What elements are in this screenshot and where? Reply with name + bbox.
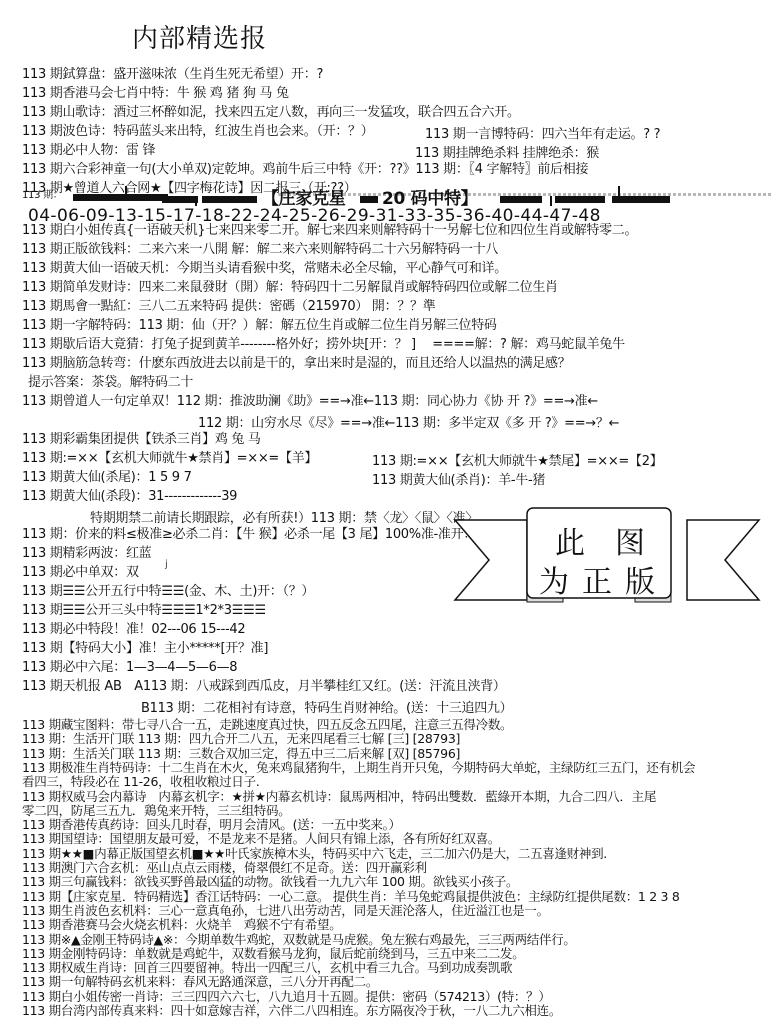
text-line: 113 期黄大仙(杀肖)：羊-牛-猪 [372, 469, 545, 488]
text-line: 113 期馬會一點紅：三八二五来特码 提供：密碼（215970） 開：？？準 [22, 298, 435, 316]
seal-char: 版 [625, 557, 655, 601]
text-line: 113 期脑筋急转弯：什麽东西放进去以前是干的，拿出来时是湿的，而且还给人以温热… [22, 355, 570, 373]
text-line: 113 期鉽算盘：盛开滋味浓（生肖生死无希望）开：? [22, 66, 323, 84]
text-line: 113 期黄大仙一语破天机：今期当头请看猴中奖，常赌未必全尽输，平心静气可和详。 [22, 260, 507, 278]
text-line: 113 期香港马会七肖中特：牛 猴 鸡 猪 狗 马 兔 [22, 85, 289, 103]
decorative-bar [612, 196, 670, 203]
text-line: 113 期黄大仙(杀段)：31-------------39 [22, 488, 237, 506]
text-line: 113 期一言博特码：四六当年有走运。? ? [425, 123, 660, 142]
seal-char: 正 [582, 557, 612, 601]
text-line: 113 期波色诗：特码蓝头来出特，红波生肖也会来。（开：？） [22, 123, 373, 141]
decorative-bar [202, 196, 257, 203]
text-line: 113 期山歌诗：酒过三杯醉如泥，找来四五定八数，再向三一发猛攻，联合四五合六开… [22, 104, 520, 122]
text-line: B113 期：二花相衬有诗意，特码生肖财神给。(送：十三追四九） [141, 697, 512, 716]
text-line: 113 期挂牌绝杀料 挂牌绝杀：猴 [415, 142, 599, 161]
text-line: 113 期曾道人一句定单双！112 期：推波助澜《助》==→准←113 期：同心… [22, 393, 598, 411]
text-line: 113 期台湾内部传真来料：四十如意嫁吉祥，六伴二八四相连。东方隔夜冷于秋，一八… [22, 1002, 561, 1020]
text-line: 113 期一字解特码：113 期：仙（开？）解：解五位生肖或解二位生肖另解三位特… [22, 317, 497, 335]
stray-mark: j [165, 559, 167, 570]
decorative-tick [125, 186, 127, 196]
authentic-version-seal: 此 图 为 正 版 [447, 490, 767, 610]
text-line: 113 期六合彩神童一句(大小单双)定乾坤。鸡前牛后三中特《开：??》113 期… [22, 161, 588, 179]
text-line: 113 期:=××【玄机大师就牛★禁肖】=××=【羊】 [22, 450, 317, 468]
decorative-bar [555, 196, 605, 203]
seal-char: 图 [615, 518, 645, 562]
decorative-tick [618, 186, 620, 196]
text-line: 113 期彩霸集团提供【铁杀三肖】鸡 兔 马 [22, 431, 261, 449]
text-line: 113 期☰☰公开五行中特☰☰(金、木、土)开：（？） [22, 583, 314, 601]
seal-char: 为 [539, 557, 569, 601]
text-line: 113 期精彩两波：红蓝 [22, 545, 151, 563]
seal-char: 此 [555, 518, 585, 562]
text-line: 提示答案：茶袋。解特码二十 [28, 374, 193, 392]
text-line: 113 期必中单双：双 [22, 564, 139, 582]
decorative-bar [162, 196, 198, 203]
text-line: 112 期：山穷水尽《尽》==→准←113 期：多半定双《多 开 ?》==→？← [198, 412, 619, 431]
text-line: 113 期简单发财诗：四来二来鼠發財（開）解：特码四十二另解鼠肖或解特码四位或解… [22, 279, 558, 297]
text-line: 113 期歇后语大竟猜：打兔子捉到黄羊--------格外好；捞外块[开：？ ]… [22, 336, 625, 354]
text-line: 113 期：价来的料≤极准≥必杀二肖：【牛 猴】必杀一尾【3 尾】100%准-准… [22, 526, 476, 544]
text-line: 113 期必中人物：雷 锋 [22, 142, 155, 160]
decorative-bar [73, 194, 168, 201]
text-line: 113 期天机报 AB A113 期：八戒踩到西瓜皮，月半攀桂红又红。(送：汗流… [22, 678, 506, 696]
text-line: 113 期☰☰公开三头中特☰☰☰1*2*3☰☰☰ [22, 602, 266, 620]
text-line: 113 期白小姐传真{一语破天机}七来四来零二开。解七来四来则解特码十一另解七位… [22, 222, 637, 240]
banner-prefix: 113 期： [22, 187, 62, 205]
text-line: 特期期禁二前请长期跟踪，必有所获!）113 期：禁〈龙〉〈鼠〉〈准〉 [90, 507, 478, 526]
decorative-bar [360, 196, 378, 203]
decorative-tick [195, 196, 197, 206]
decorative-tick [550, 196, 552, 206]
text-line: 113 期必中六尾：1—3—4—5—6—8 [22, 659, 237, 677]
text-line: 113 期正版欲钱料：二来六来一八開 解：解二来六来则解特码二十六另解特码一十八 [22, 241, 498, 259]
text-line: 113 期:=××【玄机大师就牛★禁尾】=××=【2】 [372, 450, 662, 469]
text-line: 113 期黄大仙(杀尾)：1 5 9 7 [22, 469, 192, 487]
page-title: 内部精选报 [132, 18, 267, 55]
text-line: 113 期【特码大小】准！主小*****[开？准] [22, 640, 268, 658]
decorative-bar [500, 196, 542, 203]
text-line: 113 期必中特段！准！02---06 15---42 [22, 621, 245, 639]
